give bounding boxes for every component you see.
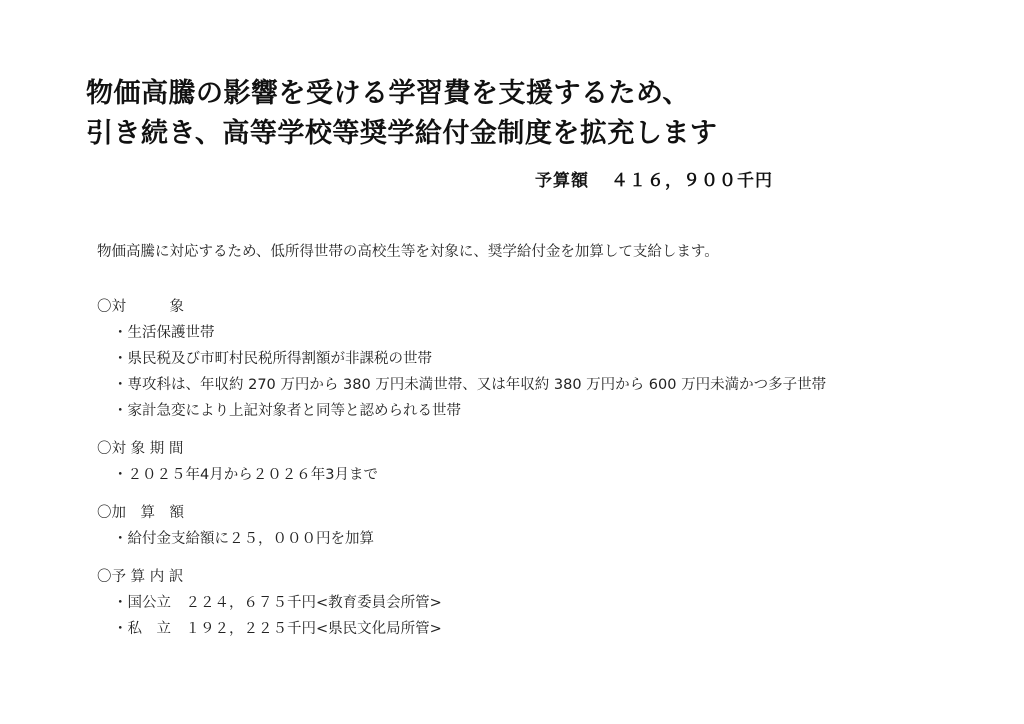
budget-amount: ４１６，９００千円 [611, 171, 773, 191]
document-title: 物価高騰の影響を受ける学習費を支援するため、 引き続き、高等学校等奨学給付金制度… [86, 74, 717, 154]
title-line-1: 物価高騰の影響を受ける学習費を支援するため、 [86, 74, 717, 114]
list-item: ・２０２５年4月から２０２６年3月まで [97, 462, 977, 488]
intro-paragraph: 物価高騰に対応するため、低所得世帯の高校生等を対象に、奨学給付金を加算して支給し… [97, 240, 977, 264]
section-period: 〇対 象 期 間 ・２０２５年4月から２０２６年3月まで [97, 436, 977, 488]
section-heading: 〇予 算 内 訳 [97, 564, 977, 590]
section-additional-amount: 〇加 算 額 ・給付金支給額に２５，０００円を加算 [97, 500, 977, 552]
list-item: ・専攻科は、年収約 270 万円から 380 万円未満世帯、又は年収約 380 … [97, 372, 977, 398]
budget-total: 予算額４１６，９００千円 [535, 166, 773, 191]
section-heading: 〇加 算 額 [97, 500, 977, 526]
section-heading: 〇対 象 [97, 294, 977, 320]
list-item: ・生活保護世帯 [97, 320, 977, 346]
title-line-2: 引き続き、高等学校等奨学給付金制度を拡充します [86, 114, 717, 154]
document-body: 物価高騰に対応するため、低所得世帯の高校生等を対象に、奨学給付金を加算して支給し… [97, 240, 977, 654]
list-item: ・県民税及び市町村民税所得割額が非課税の世帯 [97, 346, 977, 372]
section-budget-breakdown: 〇予 算 内 訳 ・国公立 ２２４，６７５千円<教育委員会所管> ・私 立 １９… [97, 564, 977, 642]
list-item: ・家計急変により上記対象者と同等と認められる世帯 [97, 398, 977, 424]
section-heading: 〇対 象 期 間 [97, 436, 977, 462]
section-target: 〇対 象 ・生活保護世帯 ・県民税及び市町村民税所得割額が非課税の世帯 ・専攻科… [97, 294, 977, 424]
list-item: ・国公立 ２２４，６７５千円<教育委員会所管> [97, 590, 977, 616]
list-item: ・給付金支給額に２５，０００円を加算 [97, 526, 977, 552]
budget-label: 予算額 [535, 171, 589, 191]
list-item: ・私 立 １９２，２２５千円<県民文化局所管> [97, 616, 977, 642]
